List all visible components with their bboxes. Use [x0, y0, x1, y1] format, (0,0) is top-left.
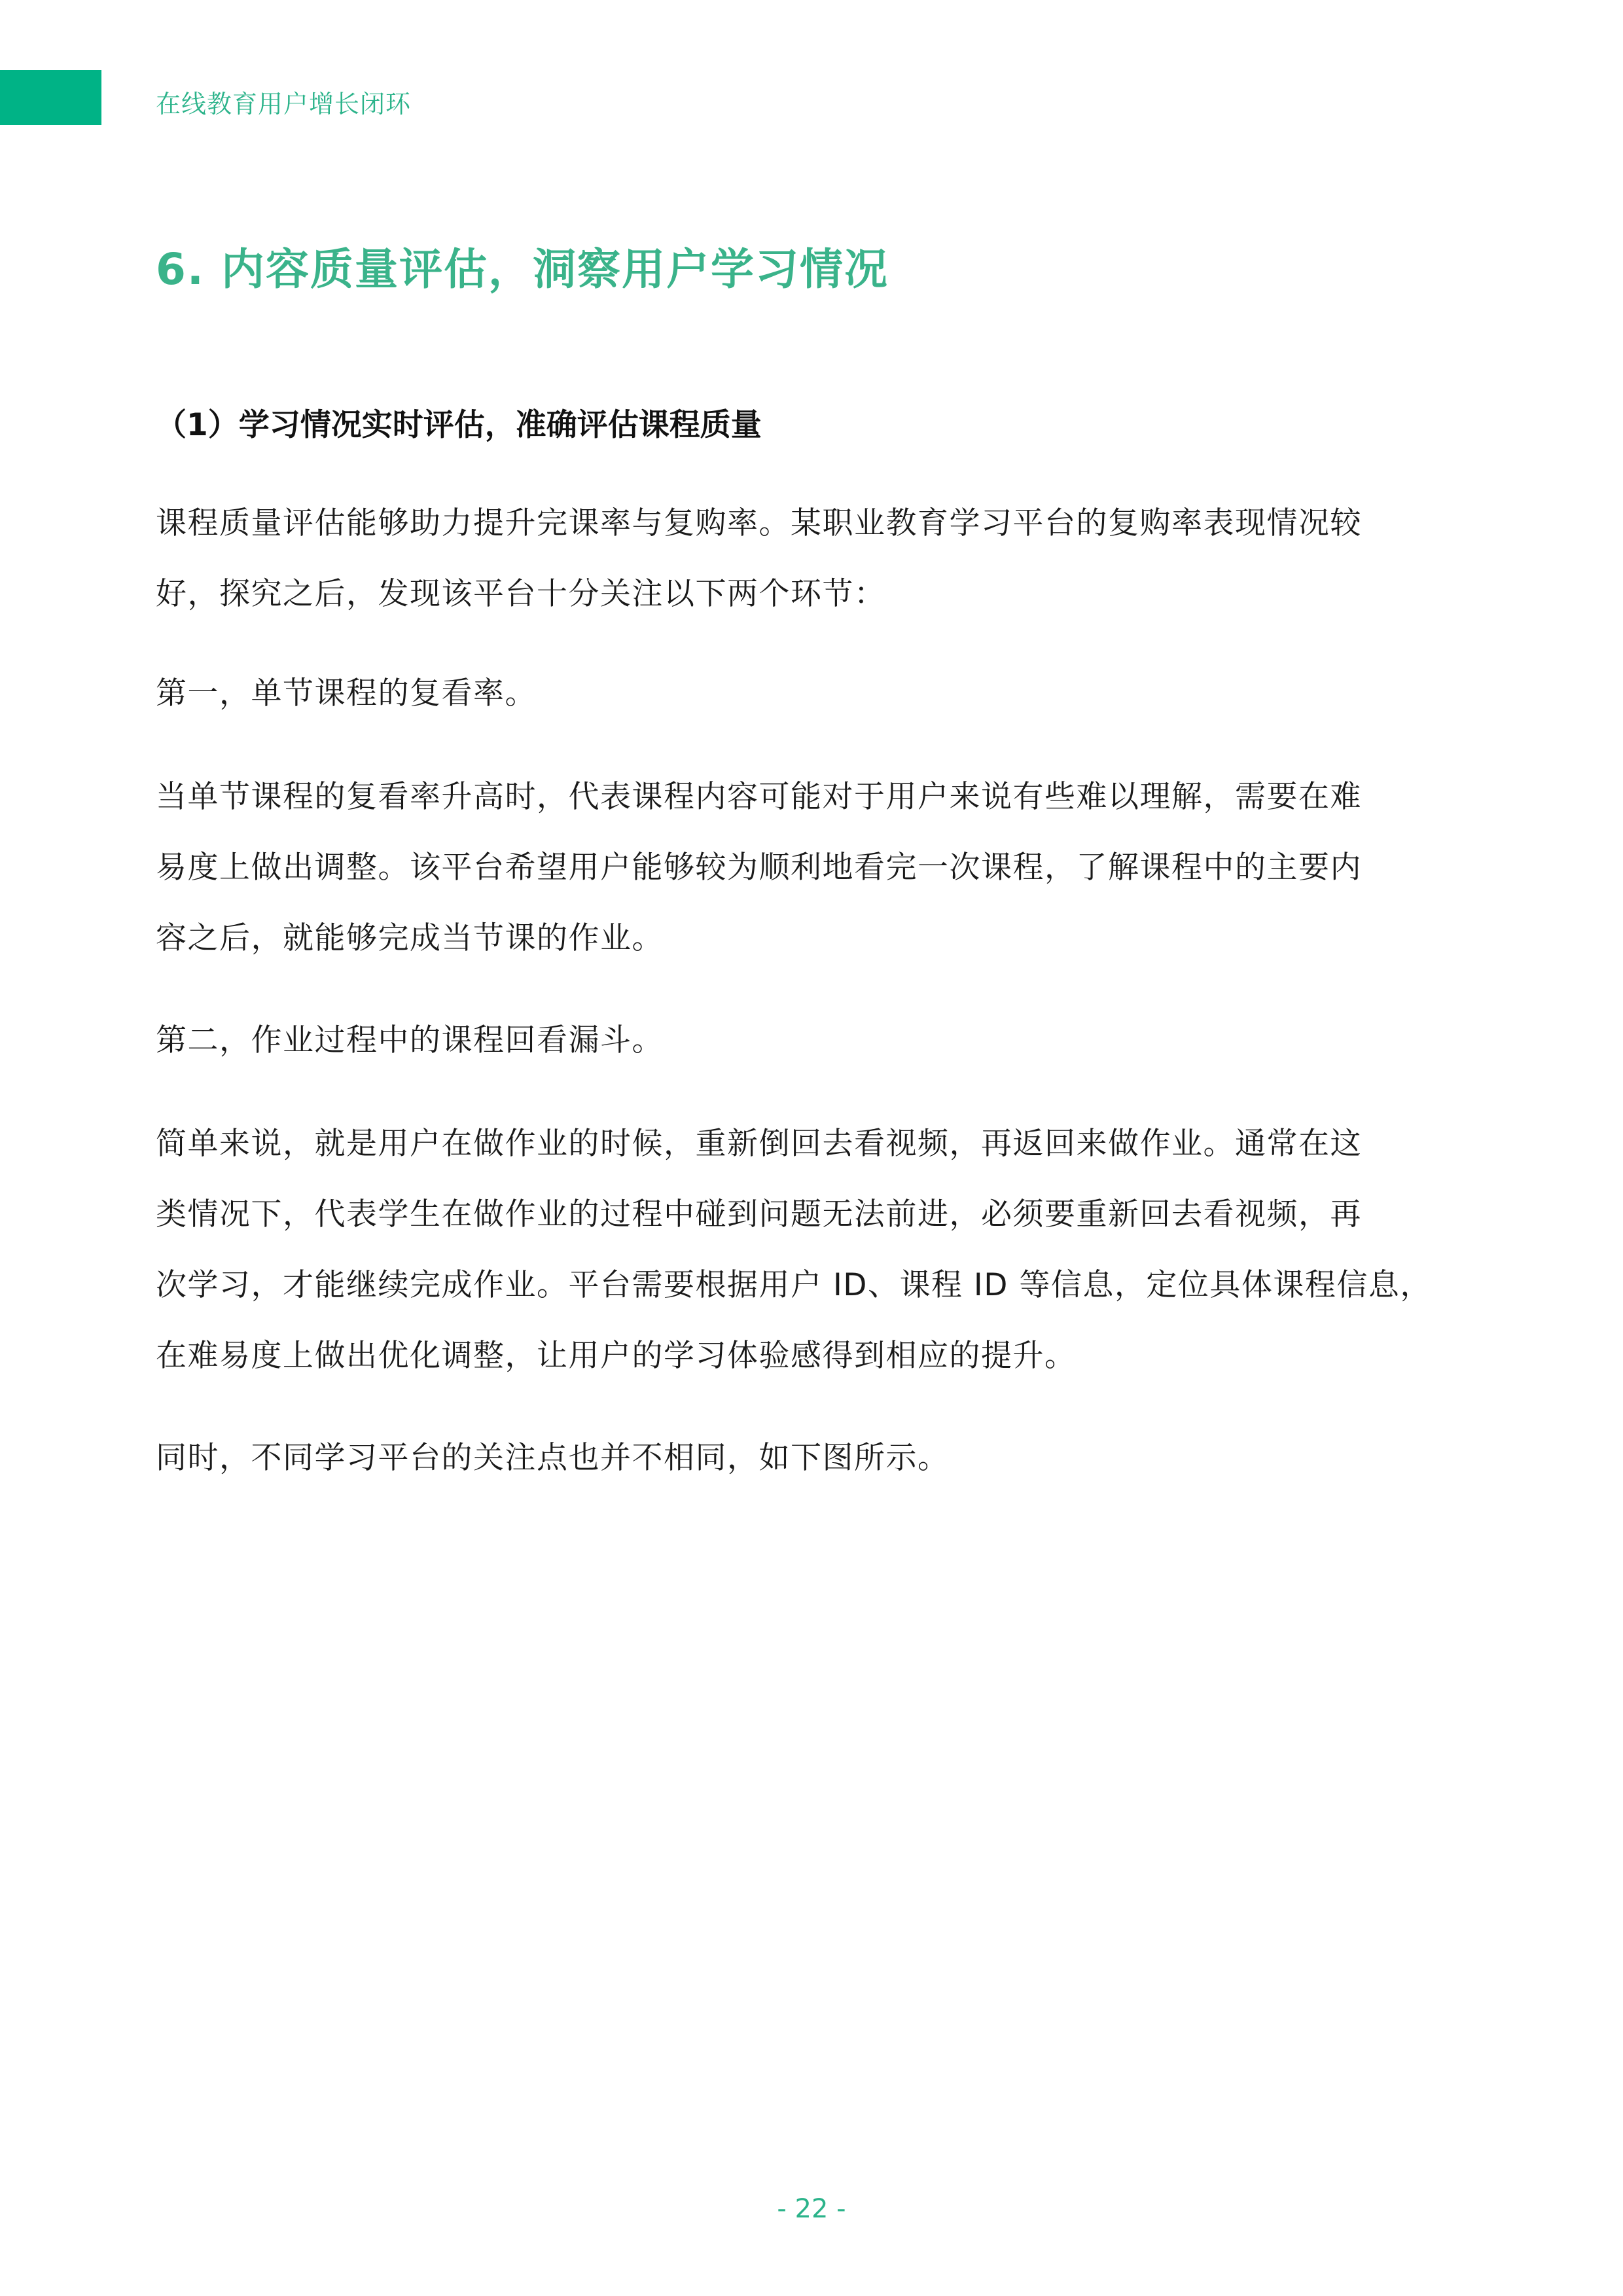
section-subtitle: （1）学习情况实时评估，准确评估课程质量 — [156, 401, 762, 444]
page-number: - 22 - — [0, 2194, 1623, 2224]
paragraph-line: 易度上做出调整。该平台希望用户能够较为顺利地看完一次课程，了解课程中的主要内 — [156, 833, 1478, 903]
paragraph-line: 在难易度上做出优化调整，让用户的学习体验感得到相应的提升。 — [156, 1321, 1478, 1391]
paragraph-4: 第二，作业过程中的课程回看漏斗。 — [156, 1005, 1478, 1076]
paragraph-line: 类情况下，代表学生在做作业的过程中碰到问题无法前进，必须要重新回去看视频，再 — [156, 1179, 1478, 1250]
paragraph-line: 好，探究之后，发现该平台十分关注以下两个环节： — [156, 559, 1478, 630]
paragraph-3: 当单节课程的复看率升高时，代表课程内容可能对于用户来说有些难以理解，需要在难 易… — [156, 762, 1478, 974]
header-accent-bar — [0, 70, 101, 125]
paragraph-line: 第二，作业过程中的课程回看漏斗。 — [156, 1005, 1478, 1076]
paragraph-line: 次学习，才能继续完成作业。平台需要根据用户 ID、课程 ID 等信息，定位具体课… — [156, 1250, 1478, 1321]
paragraph-line: 简单来说，就是用户在做作业的时候，重新倒回去看视频，再返回来做作业。通常在这 — [156, 1109, 1478, 1179]
paragraph-line: 第一，单节课程的复看率。 — [156, 658, 1478, 729]
paragraph-2: 第一，单节课程的复看率。 — [156, 658, 1478, 729]
paragraph-line: 同时，不同学习平台的关注点也并不相同，如下图所示。 — [156, 1423, 1478, 1494]
section-title: 6. 内容质量评估，洞察用户学习情况 — [156, 234, 889, 296]
paragraph-line: 课程质量评估能够助力提升完课率与复购率。某职业教育学习平台的复购率表现情况较 — [156, 488, 1478, 559]
paragraph-line: 容之后，就能够完成当节课的作业。 — [156, 903, 1478, 974]
paragraph-6: 同时，不同学习平台的关注点也并不相同，如下图所示。 — [156, 1423, 1478, 1494]
paragraph-line: 当单节课程的复看率升高时，代表课程内容可能对于用户来说有些难以理解，需要在难 — [156, 762, 1478, 833]
paragraph-5: 简单来说，就是用户在做作业的时候，重新倒回去看视频，再返回来做作业。通常在这 类… — [156, 1109, 1478, 1391]
paragraph-1: 课程质量评估能够助力提升完课率与复购率。某职业教育学习平台的复购率表现情况较 好… — [156, 488, 1478, 630]
running-title: 在线教育用户增长闭环 — [156, 84, 411, 120]
